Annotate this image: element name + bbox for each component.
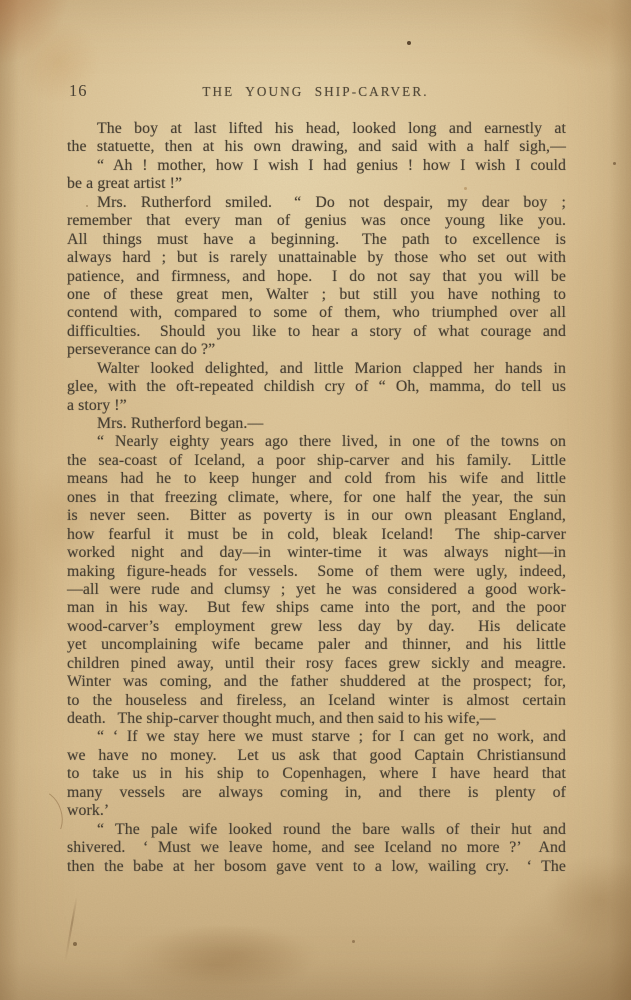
text-line: Walter looked delighted, and little Mari…	[67, 360, 566, 378]
text-line: one of these great men, Walter ; but sti…	[67, 286, 566, 304]
paragraph: Walter looked delighted, and little Mari…	[67, 360, 566, 415]
text-line: perseverance can do ?”	[67, 341, 566, 359]
paragraph: Mrs. Rutherford began.—	[67, 415, 566, 433]
text-line: death. The ship-carver thought much, and…	[67, 710, 566, 728]
ink-speck	[407, 41, 411, 45]
text-line: Mrs. Rutherford began.—	[67, 415, 566, 433]
ink-speck	[613, 162, 616, 165]
text-line: children pined away, until their rosy fa…	[67, 655, 566, 673]
paragraph: The boy at last lifted his head, looked …	[67, 120, 566, 157]
text-line: shivered. ‘ Must we leave home, and see …	[67, 839, 566, 857]
text-line: the sea-coast of Iceland, a poor ship-ca…	[67, 452, 566, 470]
text-line: ones in that freezing climate, where, fo…	[67, 489, 566, 507]
text-line: to the houseless and fireless, an Icelan…	[67, 692, 566, 710]
text-line: “ Ah ! mother, how I wish I had genius !…	[67, 157, 566, 175]
paragraph: “ Ah ! mother, how I wish I had genius !…	[67, 157, 566, 194]
text-block: The boy at last lifted his head, looked …	[67, 120, 566, 876]
running-header: THE YOUNG SHIP-CARVER.	[0, 84, 631, 100]
text-line: worked night and day—in winter-time it w…	[67, 544, 566, 562]
text-line: glee, with the oft-repeated childish cry…	[67, 378, 566, 396]
text-line: Winter was coming, and the father shudde…	[67, 673, 566, 691]
text-line: wood-carver’s employment grew less day b…	[67, 618, 566, 636]
text-line: “ ‘ If we stay here we must starve ; for…	[67, 728, 566, 746]
text-line: the statuette, then at his own drawing, …	[67, 138, 566, 156]
ink-speck	[73, 942, 77, 946]
text-line: means had he to keep hunger and cold fro…	[67, 470, 566, 488]
text-line: many vessels are always coming in, and t…	[67, 784, 566, 802]
text-line: to take us in his ship to Copenhagen, wh…	[67, 765, 566, 783]
text-line: “ The pale wife looked round the bare wa…	[67, 821, 566, 839]
text-line: The boy at last lifted his head, looked …	[67, 120, 566, 138]
text-line: All things must have a beginning. The pa…	[67, 231, 566, 249]
text-line: “ Nearly eighty years ago there lived, i…	[67, 433, 566, 451]
text-line: —all were rude and clumsy ; yet he was c…	[67, 581, 566, 599]
text-line: patience, and firmness, and hope. I do n…	[67, 268, 566, 286]
text-line: man in his way. But few ships came into …	[67, 599, 566, 617]
text-line: making figure-heads for vessels. Some of…	[67, 563, 566, 581]
paragraph: “ The pale wife looked round the bare wa…	[67, 821, 566, 876]
ink-speck	[352, 940, 355, 943]
paragraph: “ Nearly eighty years ago there lived, i…	[67, 433, 566, 728]
text-line: Mrs. Rutherford smiled. “ Do not despair…	[67, 194, 566, 212]
text-line: contend with, compared to some of them, …	[67, 304, 566, 322]
paper-stain	[150, 925, 320, 985]
text-line: is never seen. Bitter as poverty is in o…	[67, 507, 566, 525]
paragraph: Mrs. Rutherford smiled. “ Do not despair…	[67, 194, 566, 360]
paper-scratch	[19, 786, 69, 845]
text-line: difficulties. Should you like to hear a …	[67, 323, 566, 341]
text-line: yet uncomplaining wife became paler and …	[67, 636, 566, 654]
text-line: then the babe at her bosom gave vent to …	[67, 858, 566, 876]
text-line: work.’	[67, 802, 566, 820]
text-line: we have no money. Let us ask that good C…	[67, 747, 566, 765]
text-line: how fearful it must be in cold, bleak Ic…	[67, 526, 566, 544]
book-page-scan: 16 THE YOUNG SHIP-CARVER. The boy at las…	[0, 0, 631, 1000]
paragraph: “ ‘ If we stay here we must starve ; for…	[67, 728, 566, 820]
paper-scratch	[64, 896, 77, 961]
text-line: remember that every man of genius was on…	[67, 212, 566, 230]
text-line: be a great artist !”	[67, 175, 566, 193]
text-line: always hard ; but is rarely unattainable…	[67, 249, 566, 267]
text-line: a story !”	[67, 397, 566, 415]
